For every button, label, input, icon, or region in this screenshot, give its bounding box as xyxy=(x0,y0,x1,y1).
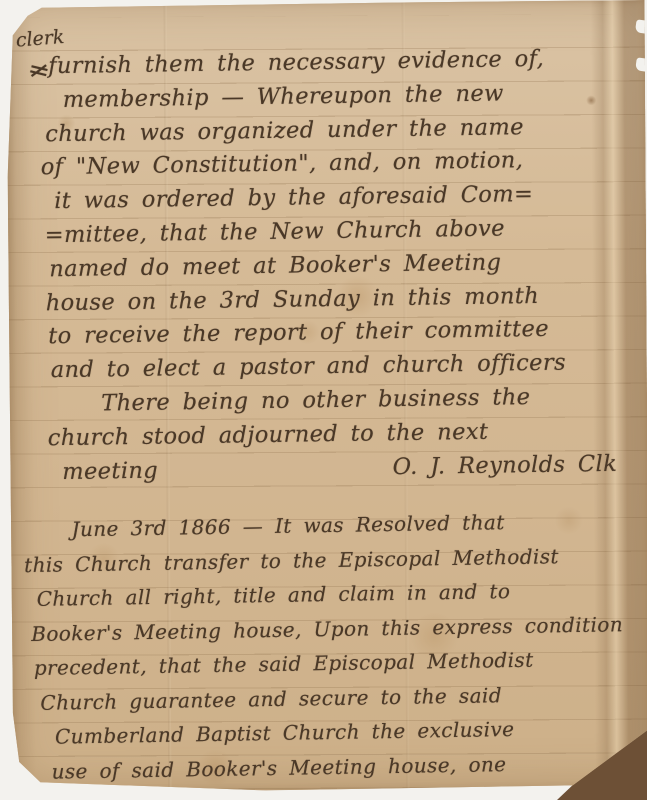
clerk-signature: O. J. Reynolds Clk xyxy=(392,447,617,484)
manuscript-page: clerk ≠ furnish them the necessary evide… xyxy=(6,0,647,792)
margin-note-clerk: clerk xyxy=(15,26,65,52)
minute-entry-first: furnish them the necessary evidence of, … xyxy=(34,42,635,490)
closing-and-signature-row: meeting O. J. Reynolds Clk xyxy=(62,447,635,489)
scanned-document-view: clerk ≠ furnish them the necessary evide… xyxy=(0,0,647,800)
binding-notch xyxy=(635,19,647,33)
binding-notch xyxy=(635,57,647,71)
handwritten-line: meeting xyxy=(62,454,158,489)
minute-entry-june-3-1866: June 3rd 1866 — It was Resolved that thi… xyxy=(23,503,640,789)
